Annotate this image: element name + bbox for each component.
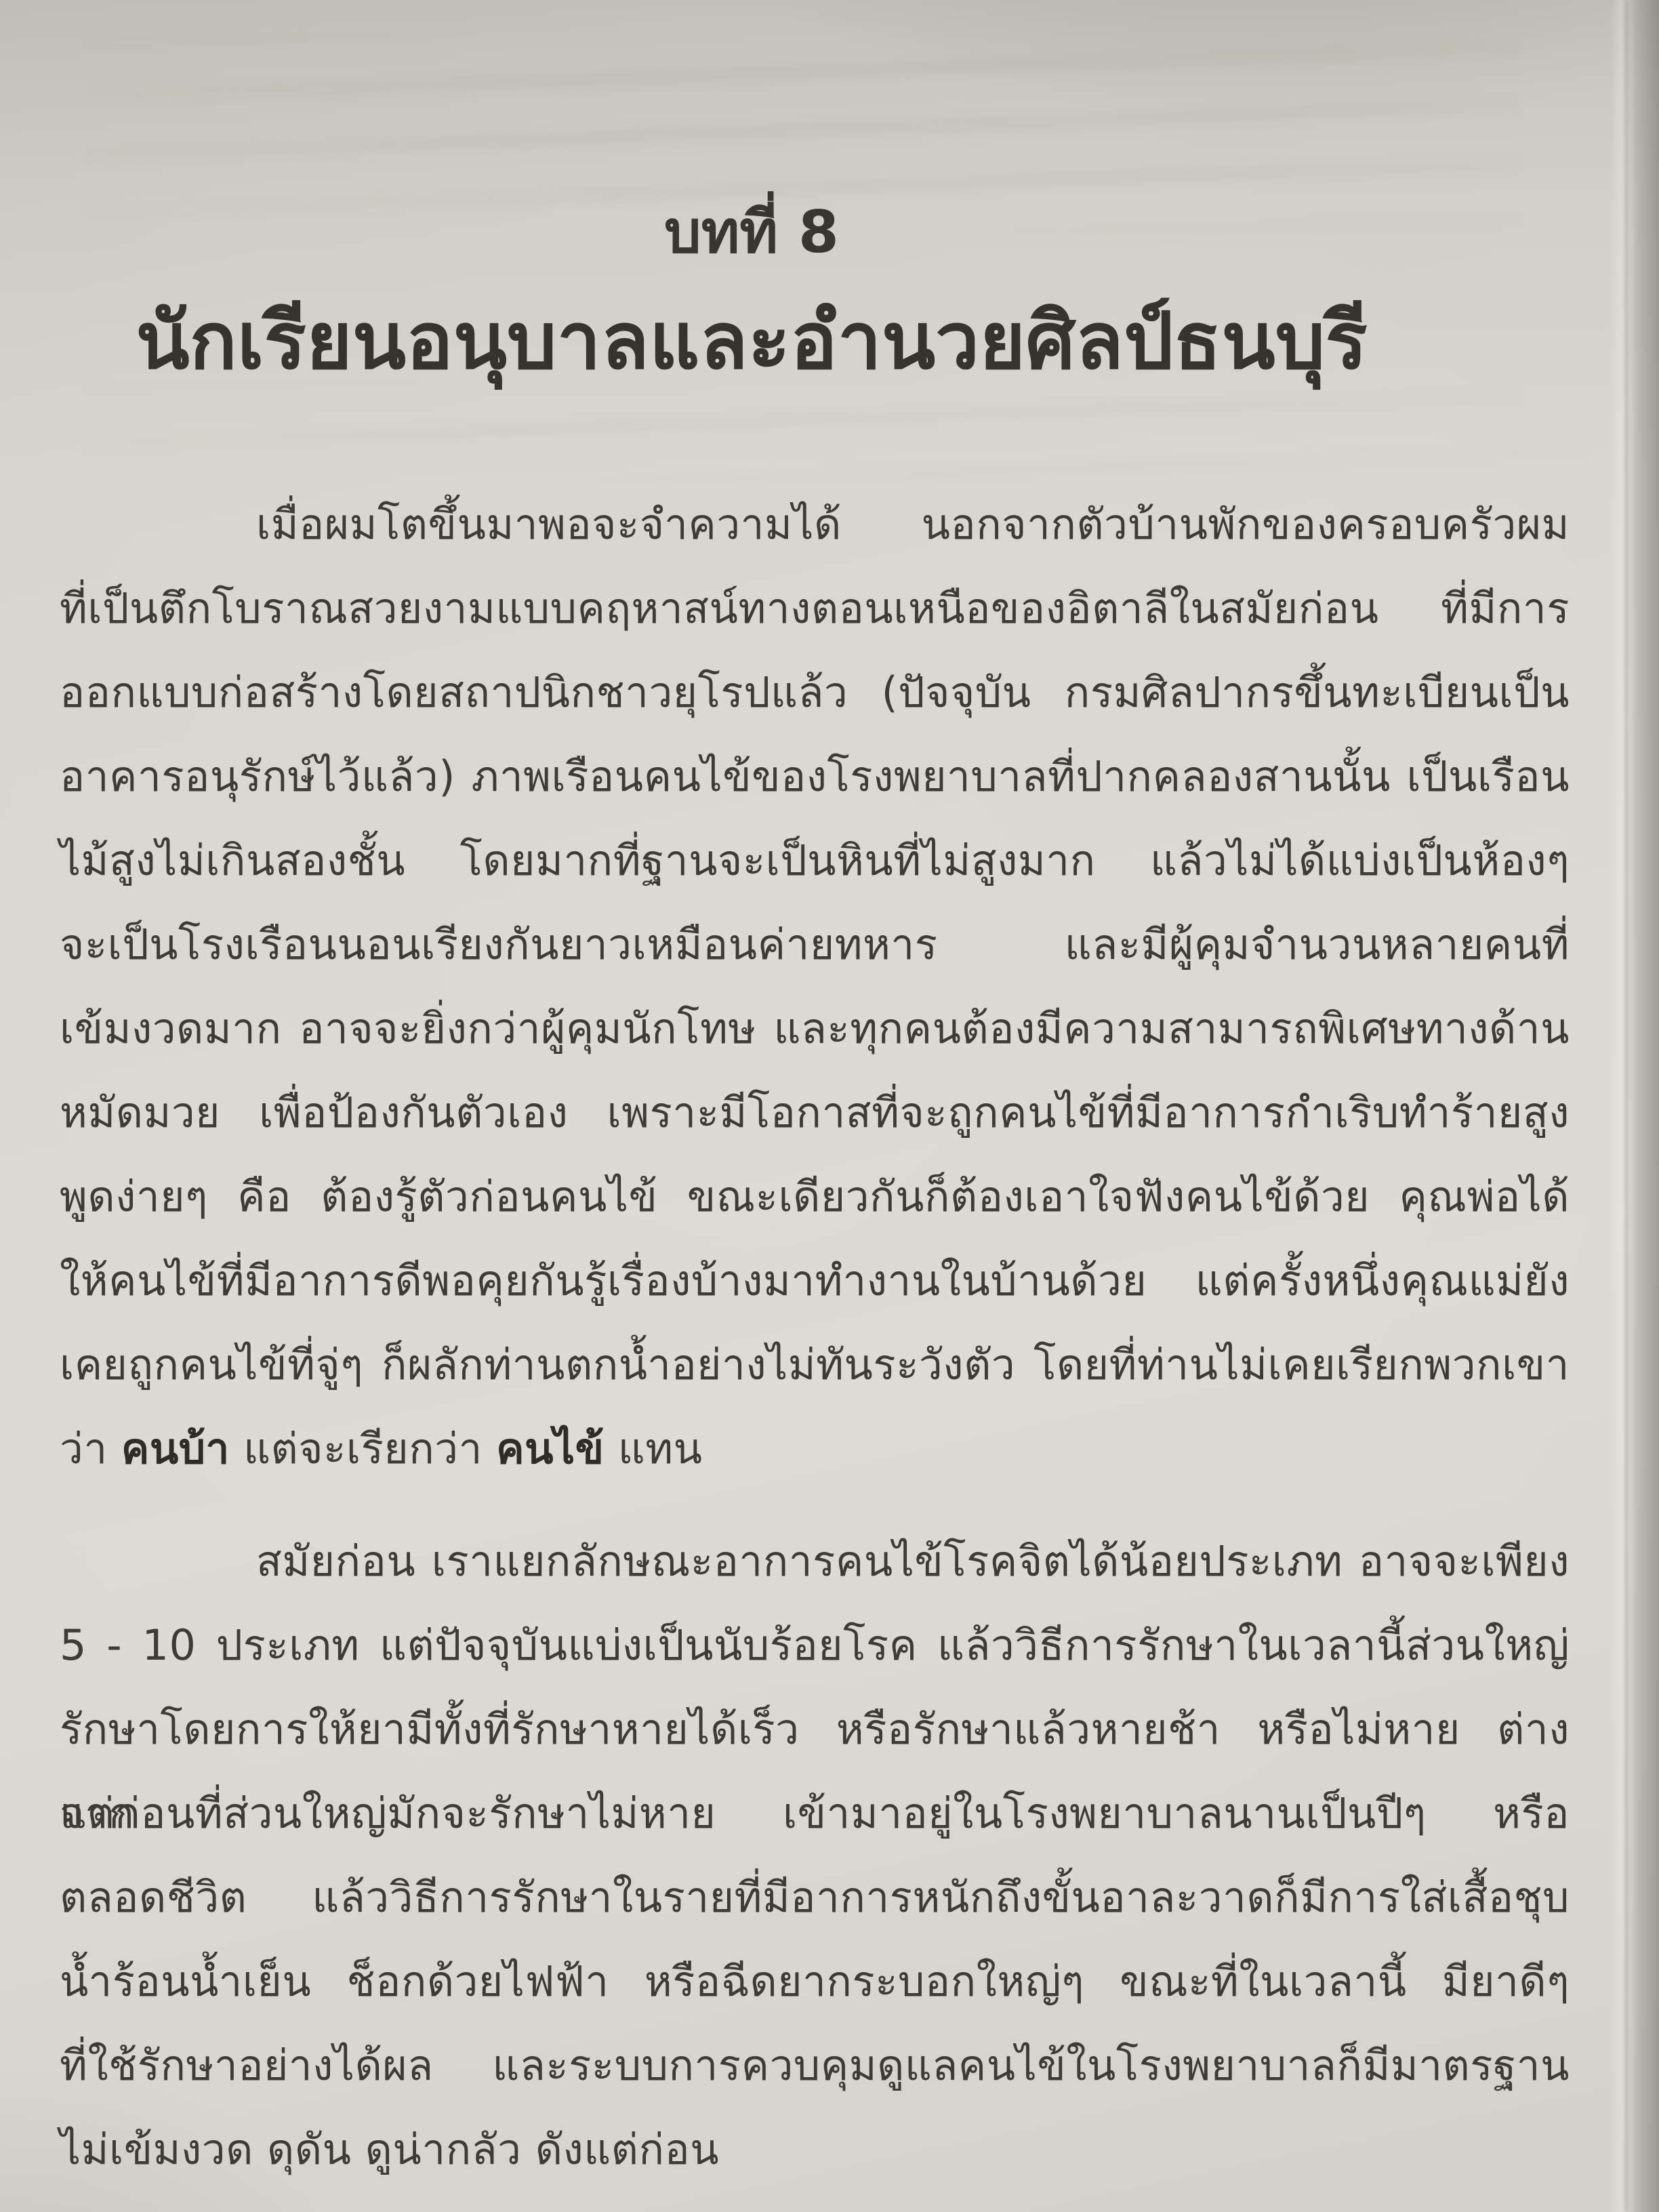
text-segment: ไม่เข้มงวด ดุดัน ดูน่ากลัว ดังแต่ก่อน — [60, 2125, 719, 2174]
body-line: ที่เป็นตึกโบราณสวยงามแบบคฤหาสน์ทางตอนเหน… — [60, 567, 1570, 651]
text-segment: น้ำร้อนน้ำเย็น ช็อกด้วยไฟฟ้า หรือฉีดยากร… — [60, 1957, 1570, 2006]
text-segment: ที่เป็นตึกโบราณสวยงามแบบคฤหาสน์ทางตอนเหน… — [60, 583, 1570, 633]
text-segment: เคยถูกคนไข้ที่จู่ๆ ก็ผลักท่านตกน้ำอย่างไ… — [60, 1340, 1570, 1389]
chapter-number: บทที่ 8 — [0, 198, 1503, 268]
text-segment: อาคารอนุรักษ์ไว้แล้ว) ภาพเรือนคนไข้ของโร… — [60, 752, 1570, 801]
body-line: เคยถูกคนไข้ที่จู่ๆ ก็ผลักท่านตกน้ำอย่างไ… — [60, 1323, 1570, 1407]
body-line: ให้คนไข้ที่มีอาการดีพอคุยกันรู้เรื่องบ้า… — [60, 1239, 1570, 1323]
text-segment: ให้คนไข้ที่มีอาการดีพอคุยกันรู้เรื่องบ้า… — [60, 1256, 1570, 1305]
text-segment: ว่า — [60, 1424, 121, 1473]
text-segment: ตลอดชีวิต แล้ววิธีการรักษาในรายที่มีอากา… — [60, 1872, 1570, 1922]
book-page: บทที่ 8 นักเรียนอนุบาลและอำนวยศิลป์ธนบุร… — [0, 0, 1659, 2212]
emphasized-text: คนไข้ — [496, 1424, 604, 1473]
body-line: แต่ก่อนที่ส่วนใหญ่มักจะรักษาไม่หาย เข้าม… — [60, 1771, 1570, 1856]
body-line: ออกแบบก่อสร้างโดยสถาปนิกชาวยุโรปแล้ว (ปั… — [60, 651, 1570, 735]
body-line: อาคารอนุรักษ์ไว้แล้ว) ภาพเรือนคนไข้ของโร… — [60, 735, 1570, 819]
text-segment: ที่ใช้รักษาอย่างได้ผล และระบบการควบคุมดู… — [60, 2041, 1570, 2090]
text-segment: เข้มงวดมาก อาจจะยิ่งกว่าผู้คุมนักโทษ และ… — [60, 1004, 1570, 1053]
text-segment: 5 - 10 ประเภท แต่ปัจจุบันแบ่งเป็นนับร้อย… — [60, 1620, 1570, 1670]
paragraph: สมัยก่อน เราแยกลักษณะอาการคนไข้โรคจิตได้… — [60, 1519, 1570, 2192]
text-segment: แต่ก่อนที่ส่วนใหญ่มักจะรักษาไม่หาย เข้าม… — [60, 1788, 1570, 1838]
body-line: หมัดมวย เพื่อป้องกันตัวเอง เพราะมีโอกาสท… — [60, 1071, 1570, 1155]
emphasized-text: คนบ้า — [121, 1424, 230, 1473]
body-line: สมัยก่อน เราแยกลักษณะอาการคนไข้โรคจิตได้… — [60, 1519, 1570, 1603]
chapter-heading: บทที่ 8 นักเรียนอนุบาลและอำนวยศิลป์ธนบุร… — [0, 198, 1503, 393]
text-segment: ออกแบบก่อสร้างโดยสถาปนิกชาวยุโรปแล้ว (ปั… — [60, 668, 1570, 717]
page-body: เมื่อผมโตขึ้นมาพอจะจำความได้ นอกจากตัวบ้… — [60, 483, 1570, 2192]
text-segment: แทน — [605, 1424, 703, 1473]
body-line: เมื่อผมโตขึ้นมาพอจะจำความได้ นอกจากตัวบ้… — [60, 483, 1570, 567]
text-segment: หมัดมวย เพื่อป้องกันตัวเอง เพราะมีโอกาสท… — [60, 1088, 1570, 1137]
text-segment: ไม้สูงไม่เกินสองชั้น โดยมากที่ฐานจะเป็นห… — [60, 836, 1570, 885]
text-segment: เมื่อผมโตขึ้นมาพอจะจำความได้ นอกจากตัวบ้… — [256, 499, 1570, 549]
text-segment: จะเป็นโรงเรือนนอนเรียงกันยาวเหมือนค่ายทห… — [60, 920, 1570, 969]
body-line: รักษาโดยการให้ยามีทั้งที่รักษาหายได้เร็ว… — [60, 1687, 1570, 1771]
body-line: ตลอดชีวิต แล้ววิธีการรักษาในรายที่มีอากา… — [60, 1856, 1570, 1940]
body-line: 5 - 10 ประเภท แต่ปัจจุบันแบ่งเป็นนับร้อย… — [60, 1603, 1570, 1687]
body-line: ที่ใช้รักษาอย่างได้ผล และระบบการควบคุมดู… — [60, 2024, 1570, 2108]
body-line: จะเป็นโรงเรือนนอนเรียงกันยาวเหมือนค่ายทห… — [60, 903, 1570, 987]
paragraph: เมื่อผมโตขึ้นมาพอจะจำความได้ นอกจากตัวบ้… — [60, 483, 1570, 1491]
body-line: น้ำร้อนน้ำเย็น ช็อกด้วยไฟฟ้า หรือฉีดยากร… — [60, 1940, 1570, 2024]
text-segment: พูดง่ายๆ คือ ต้องรู้ตัวก่อนคนไข้ ขณะเดีย… — [60, 1172, 1570, 1221]
text-segment: สมัยก่อน เราแยกลักษณะอาการคนไข้โรคจิตได้… — [256, 1536, 1570, 1586]
body-line: ว่า คนบ้า แต่จะเรียกว่า คนไข้ แทน — [60, 1407, 1570, 1491]
body-line: เข้มงวดมาก อาจจะยิ่งกว่าผู้คุมนักโทษ และ… — [60, 987, 1570, 1071]
text-segment: แต่จะเรียกว่า — [230, 1424, 496, 1473]
page-edge-shadow — [1610, 0, 1659, 2212]
chapter-title: นักเรียนอนุบาลและอำนวยศิลป์ธนบุรี — [0, 291, 1503, 393]
body-line: ไม้สูงไม่เกินสองชั้น โดยมากที่ฐานจะเป็นห… — [60, 819, 1570, 903]
body-line: ไม่เข้มงวด ดุดัน ดูน่ากลัว ดังแต่ก่อน — [60, 2108, 1570, 2192]
body-line: พูดง่ายๆ คือ ต้องรู้ตัวก่อนคนไข้ ขณะเดีย… — [60, 1155, 1570, 1239]
page-show-through — [81, 380, 1523, 481]
page-edge-line — [1625, 0, 1628, 2212]
